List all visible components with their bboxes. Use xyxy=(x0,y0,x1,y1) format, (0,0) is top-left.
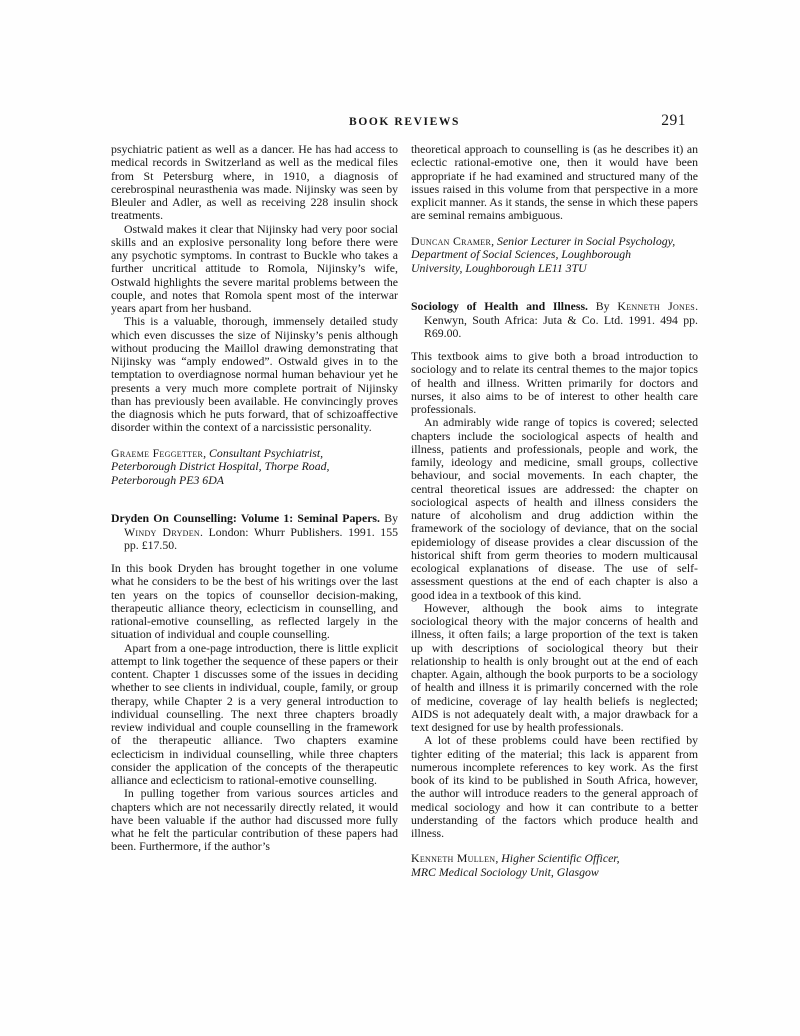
running-head: BOOK REVIEWS 291 xyxy=(111,116,698,134)
review-paragraph: Ostwald makes it clear that Nijinsky had… xyxy=(111,223,398,316)
book-author: Kenneth Jones xyxy=(617,299,695,313)
signature-line: MRC Medical Sociology Unit, Glasgow xyxy=(411,866,698,880)
signature-line: University, Loughborough LE11 3TU xyxy=(411,262,698,276)
section-title: BOOK REVIEWS xyxy=(111,116,698,128)
book-author: Windy Dryden xyxy=(124,525,200,539)
reviewer-name: Kenneth Mullen xyxy=(411,851,495,865)
reviewer-signature: Kenneth Mullen, Higher Scientific Office… xyxy=(411,852,698,879)
journal-page: BOOK REVIEWS 291 psychiatric patient as … xyxy=(111,116,698,879)
book-title: Dryden On Counselling: Volume 1: Seminal… xyxy=(111,511,380,525)
signature-line: Graeme Feggetter, Consultant Psychiatris… xyxy=(111,447,398,461)
left-column: psychiatric patient as well as a dancer.… xyxy=(111,143,398,879)
reviewer-title: , Higher Scientific Officer, xyxy=(495,851,619,865)
review-paragraph: This textbook aims to give both a broad … xyxy=(411,350,698,416)
reviewer-name: Graeme Feggetter xyxy=(111,446,203,460)
review-paragraph: However, although the book aims to integ… xyxy=(411,602,698,735)
reviewer-signature: Duncan Cramer, Senior Lecturer in Social… xyxy=(411,235,698,276)
review-paragraph: In this book Dryden has brought together… xyxy=(111,562,398,642)
review-paragraph: psychiatric patient as well as a dancer.… xyxy=(111,143,398,223)
signature-line: Department of Social Sciences, Loughboro… xyxy=(411,248,698,262)
review-paragraph: A lot of these problems could have been … xyxy=(411,734,698,840)
signature-line: Peterborough PE3 6DA xyxy=(111,474,398,488)
book-title: Sociology of Health and Illness. xyxy=(411,299,588,313)
signature-line: Peterborough District Hospital, Thorpe R… xyxy=(111,460,398,474)
reviewer-signature: Graeme Feggetter, Consultant Psychiatris… xyxy=(111,447,398,488)
reviewer-name: Duncan Cramer xyxy=(411,234,491,248)
by-label: By xyxy=(588,299,617,313)
review-paragraph: An admirably wide range of topics is cov… xyxy=(411,416,698,602)
book-heading: Dryden On Counselling: Volume 1: Seminal… xyxy=(111,512,398,552)
review-paragraph: This is a valuable, thorough, immensely … xyxy=(111,315,398,434)
two-column-layout: psychiatric patient as well as a dancer.… xyxy=(111,143,698,879)
book-heading: Sociology of Health and Illness. By Kenn… xyxy=(411,300,698,340)
reviewer-title: , Senior Lecturer in Social Psychology, xyxy=(491,234,675,248)
page-number: 291 xyxy=(661,112,686,130)
review-paragraph: theoretical approach to counselling is (… xyxy=(411,143,698,223)
signature-line: Kenneth Mullen, Higher Scientific Office… xyxy=(411,852,698,866)
signature-line: Duncan Cramer, Senior Lecturer in Social… xyxy=(411,235,698,249)
review-paragraph: Apart from a one-page introduction, ther… xyxy=(111,642,398,788)
reviewer-title: , Consultant Psychiatrist, xyxy=(203,446,323,460)
by-label: By xyxy=(380,511,398,525)
review-paragraph: In pulling together from various sources… xyxy=(111,787,398,853)
right-column: theoretical approach to counselling is (… xyxy=(411,143,698,879)
